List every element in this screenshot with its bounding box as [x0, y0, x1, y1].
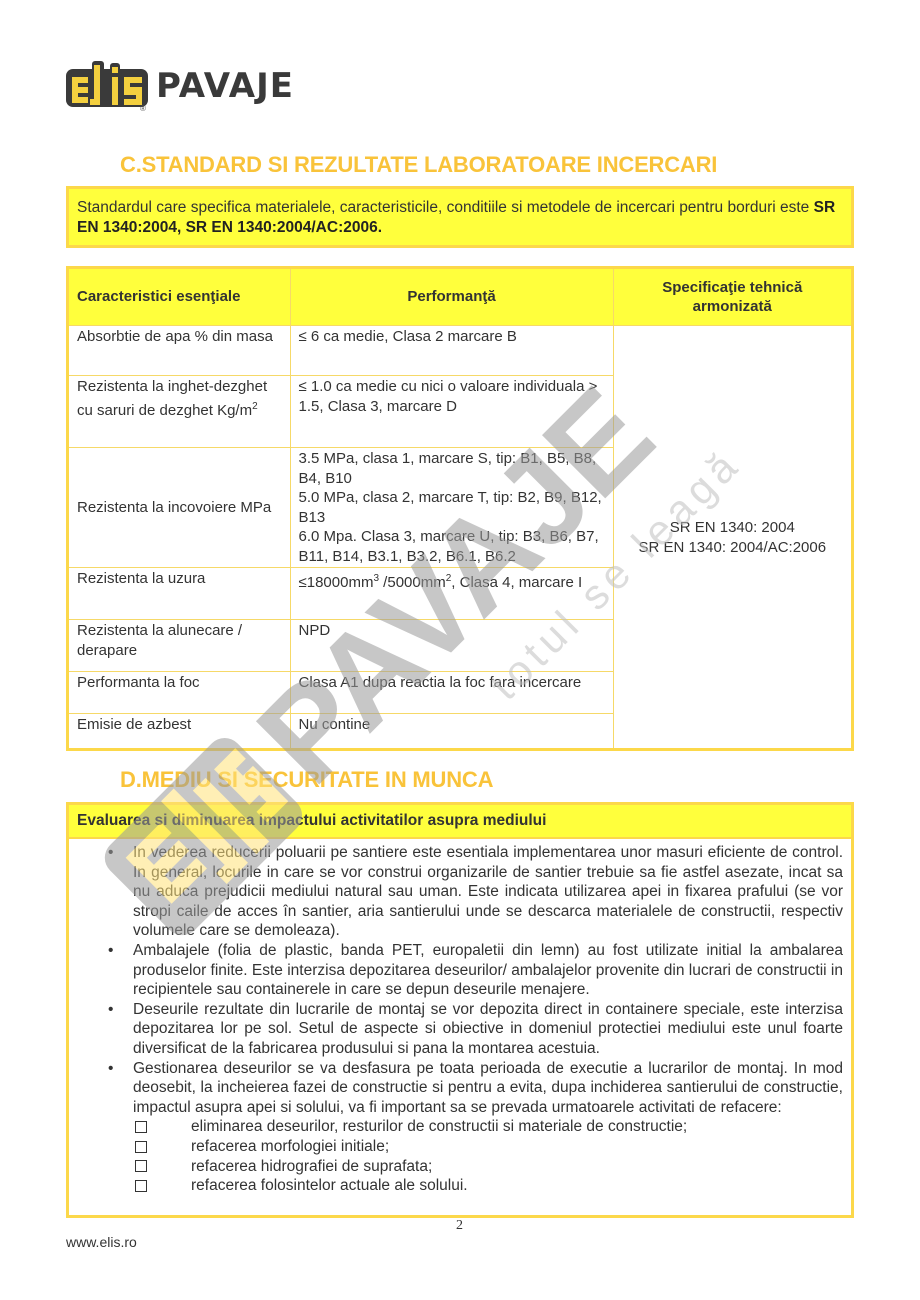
- performance-line: 5.0 MPa, clasa 2, marcare T, tip: B2, B9…: [299, 488, 605, 527]
- standard-intro-box: Standardul care specifica materialele, c…: [66, 186, 854, 248]
- environment-bullet-list: •In vederea reducerii poluarii pe santie…: [69, 843, 851, 1196]
- performance-table: Caracteristici esenţiale Performanţă Spe…: [66, 266, 854, 751]
- performance-cell: 3.5 MPa, clasa 1, marcare S, tip: B1, B5…: [290, 448, 613, 568]
- section-d-title: D.MEDIU SI SECURITATE IN MUNCA: [120, 767, 493, 793]
- registered-mark: ®: [140, 104, 146, 113]
- spec-line: SR EN 1340: 2004/AC:2006: [622, 538, 843, 558]
- bullet-icon: •: [108, 941, 113, 961]
- list-item: •Gestionarea deseurilor se va desfasura …: [133, 1059, 843, 1196]
- checklist-text: refacerea folosintelor actuale ale solul…: [191, 1176, 468, 1196]
- performance-cell: ≤ 6 ca medie, Clasa 2 marcare B: [290, 326, 613, 376]
- restoration-checklist: eliminarea deseurilor, resturilor de con…: [133, 1117, 843, 1195]
- page-number: 2: [456, 1218, 463, 1234]
- table-header-row: Caracteristici esenţiale Performanţă Spe…: [68, 268, 853, 326]
- checklist-text: eliminarea deseurilor, resturilor de con…: [191, 1117, 687, 1137]
- standard-intro-text: Standardul care specifica materialele, c…: [69, 189, 851, 238]
- bullet-icon: •: [108, 1000, 113, 1020]
- header-performance: Performanţă: [290, 268, 613, 326]
- checkbox-icon: [135, 1180, 147, 1192]
- footer-website: www.elis.ro: [66, 1234, 137, 1250]
- bullet-text: In vederea reducerii poluarii pe santier…: [133, 844, 843, 939]
- characteristic-cell: Emisie de azbest: [68, 714, 291, 750]
- checklist-text: refacerea morfologiei initiale;: [191, 1137, 389, 1157]
- spec-cell: SR EN 1340: 2004SR EN 1340: 2004/AC:2006: [613, 326, 852, 750]
- performance-cell: ≤18000mm3 /5000mm2, Clasa 4, marcare I: [290, 568, 613, 620]
- performance-line: ≤18000mm3 /5000mm2, Clasa 4, marcare I: [299, 569, 605, 593]
- bullet-text: Deseurile rezultate din lucrarile de mon…: [133, 1001, 843, 1057]
- table-row: Absorbtie de apa % din masa≤ 6 ca medie,…: [68, 326, 853, 376]
- list-item: •Ambalajele (folia de plastic, banda PET…: [133, 941, 843, 1000]
- intro-text: Standardul care specifica materialele, c…: [77, 199, 814, 216]
- characteristic-cell: Performanta la foc: [68, 672, 291, 714]
- characteristic-cell: Absorbtie de apa % din masa: [68, 326, 291, 376]
- performance-line: Clasa A1 dupa reactia la foc fara incerc…: [299, 673, 605, 693]
- performance-cell: ≤ 1.0 ca medie cu nici o valoare individ…: [290, 376, 613, 448]
- characteristic-cell: Rezistenta la incovoiere MPa: [68, 448, 291, 568]
- bullet-icon: •: [108, 1059, 113, 1079]
- checklist-item: eliminarea deseurilor, resturilor de con…: [133, 1117, 843, 1137]
- checklist-text: refacerea hidrografiei de suprafata;: [191, 1157, 432, 1177]
- environment-heading: Evaluarea si diminuarea impactului activ…: [69, 805, 851, 839]
- spec-line: SR EN 1340: 2004: [622, 518, 843, 538]
- bullet-text: Gestionarea deseurilor se va desfasura p…: [133, 1060, 843, 1116]
- header-spec: Specificaţie tehnică armonizată: [613, 268, 852, 326]
- checkbox-icon: [135, 1141, 147, 1153]
- checklist-item: refacerea hidrografiei de suprafata;: [133, 1157, 843, 1177]
- bullet-text: Ambalajele (folia de plastic, banda PET,…: [133, 942, 843, 998]
- performance-line: 3.5 MPa, clasa 1, marcare S, tip: B1, B5…: [299, 449, 605, 488]
- performance-cell: Clasa A1 dupa reactia la foc fara incerc…: [290, 672, 613, 714]
- characteristic-cell: Rezistenta la uzura: [68, 568, 291, 620]
- logo-text: PAVAJE: [156, 66, 294, 106]
- elis-logo-mark-icon: [66, 61, 148, 111]
- characteristic-cell: Rezistenta la alunecare / derapare: [68, 620, 291, 672]
- section-c-title: C.STANDARD SI REZULTATE LABORATOARE INCE…: [120, 152, 717, 178]
- header-characteristics: Caracteristici esenţiale: [68, 268, 291, 326]
- list-item: •In vederea reducerii poluarii pe santie…: [133, 843, 843, 941]
- performance-line: 6.0 Mpa. Clasa 3, marcare U, tip: B3, B6…: [299, 527, 605, 566]
- bullet-icon: •: [108, 843, 113, 863]
- environment-box: Evaluarea si diminuarea impactului activ…: [66, 802, 854, 1218]
- performance-cell: NPD: [290, 620, 613, 672]
- checklist-item: refacerea morfologiei initiale;: [133, 1137, 843, 1157]
- performance-line: NPD: [299, 621, 605, 641]
- characteristic-cell: Rezistenta la inghet-dezghet cu saruri d…: [68, 376, 291, 448]
- elis-pavaje-logo: PAVAJE: [66, 58, 294, 114]
- performance-line: ≤ 1.0 ca medie cu nici o valoare individ…: [299, 377, 605, 416]
- performance-line: Nu contine: [299, 715, 605, 735]
- checkbox-icon: [135, 1121, 147, 1133]
- header-spec-label: Specificaţie tehnică armonizată: [662, 279, 802, 316]
- list-item: •Deseurile rezultate din lucrarile de mo…: [133, 1000, 843, 1059]
- checkbox-icon: [135, 1160, 147, 1172]
- checklist-item: refacerea folosintelor actuale ale solul…: [133, 1176, 843, 1196]
- performance-cell: Nu contine: [290, 714, 613, 750]
- performance-line: ≤ 6 ca medie, Clasa 2 marcare B: [299, 327, 605, 347]
